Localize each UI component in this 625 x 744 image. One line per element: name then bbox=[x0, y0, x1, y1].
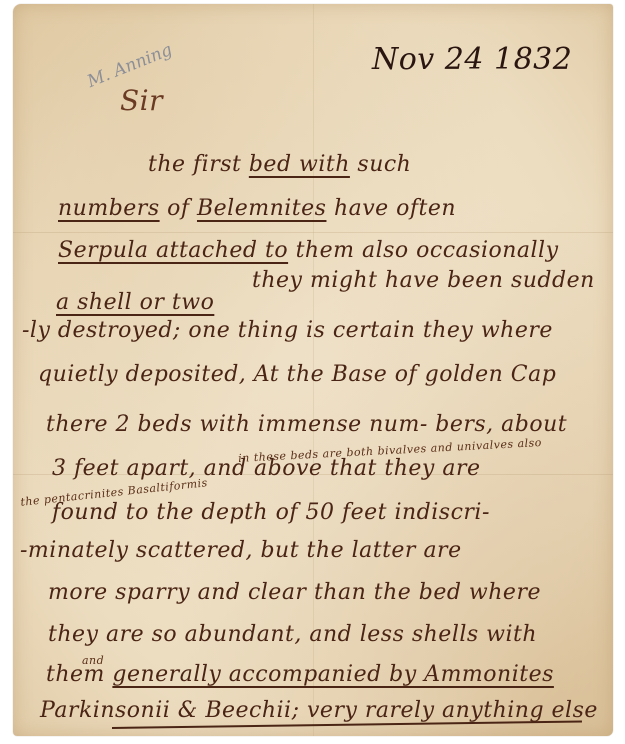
text-segment: of bbox=[160, 196, 197, 221]
text-line-12: they are so abundant, and less shells wi… bbox=[48, 622, 537, 647]
text-segment: the first bbox=[148, 152, 249, 177]
underlined-phrase: a shell or two bbox=[56, 290, 214, 315]
letter-date: Nov 24 1832 bbox=[372, 42, 572, 77]
text-line-7: there 2 beds with immense num- bers, abo… bbox=[46, 412, 567, 437]
text-segment: have often bbox=[326, 196, 456, 221]
text-line-1: the first bed with such bbox=[148, 152, 411, 177]
text-line-11: more sparry and clear than the bed where bbox=[48, 580, 541, 605]
text-segment: them also occasionally bbox=[288, 238, 558, 263]
salutation: Sir bbox=[120, 84, 163, 117]
text-line-10: -minately scattered, but the latter are bbox=[20, 538, 462, 563]
text-line-8: 3 feet apart, and above that they are bbox=[52, 456, 480, 481]
text-line-14: Parkinsonii & Beechii; very rarely anyth… bbox=[40, 698, 598, 723]
underlined-phrase: Serpula attached to bbox=[58, 238, 288, 263]
text-line-13: them generally accompanied by Ammonites bbox=[46, 662, 554, 687]
underlined-word: Belemnites bbox=[197, 196, 326, 221]
text-segment: them bbox=[46, 662, 112, 687]
text-line-4b: they might have been sudden bbox=[252, 268, 595, 293]
text-line-4a: a shell or two bbox=[56, 290, 214, 315]
text-line-2: numbers of Belemnites have often bbox=[58, 196, 456, 221]
text-line-3: Serpula attached to them also occasional… bbox=[58, 238, 559, 263]
text-line-5: -ly destroyed; one thing is certain they… bbox=[22, 318, 553, 343]
text-line-9: found to the depth of 50 feet indiscri- bbox=[52, 500, 490, 525]
text-segment: such bbox=[350, 152, 411, 177]
underlined-phrase: bed with bbox=[249, 152, 350, 177]
underlined-phrase: generally accompanied by Ammonites bbox=[112, 662, 554, 687]
text-line-6: quietly deposited, At the Base of golden… bbox=[38, 362, 556, 387]
underlined-word: numbers bbox=[58, 196, 160, 221]
